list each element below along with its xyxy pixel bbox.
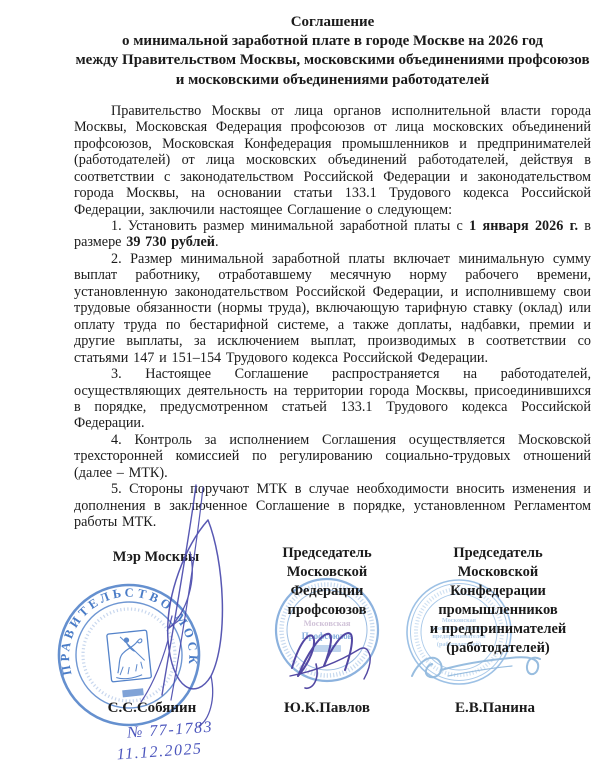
- panina-signature: [412, 657, 540, 677]
- document-text: Соглашение о минимальной заработной плат…: [74, 13, 591, 531]
- sobyanin-signature: [141, 485, 222, 726]
- document-title: Соглашение о минимальной заработной плат…: [74, 13, 591, 90]
- clause1-date-bold: 1 января 2026 г.: [469, 218, 578, 234]
- document-body: Правительство Москвы от лица органов исп…: [74, 103, 591, 531]
- clause1-text3: .: [215, 234, 219, 250]
- title-line-2: о минимальной заработной плате в городе …: [74, 32, 591, 51]
- paragraph-clause-2: 2. Размер минимальной заработной платы в…: [74, 251, 591, 366]
- title-line-3: между Правительством Москвы, московскими…: [74, 51, 591, 70]
- paragraph-clause-4: 4. Контроль за исполнением Соглашения ос…: [74, 432, 591, 481]
- paragraph-preamble: Правительство Москвы от лица органов исп…: [74, 103, 591, 218]
- paragraph-clause-1: 1. Установить размер минимальной заработ…: [74, 218, 591, 251]
- clause1-amount-bold: 39 730 рублей: [126, 234, 215, 250]
- document-page: Соглашение о минимальной заработной плат…: [0, 0, 613, 763]
- handwritten-signatures: [0, 480, 613, 763]
- title-line-4: и московскими объединениями работодателе…: [74, 71, 591, 90]
- clause1-text: 1. Установить размер минимальной заработ…: [111, 218, 469, 234]
- paragraph-clause-3: 3. Настоящее Соглашение распространяется…: [74, 366, 591, 432]
- pavlov-signature: [290, 633, 370, 688]
- title-line-1: Соглашение: [74, 13, 591, 32]
